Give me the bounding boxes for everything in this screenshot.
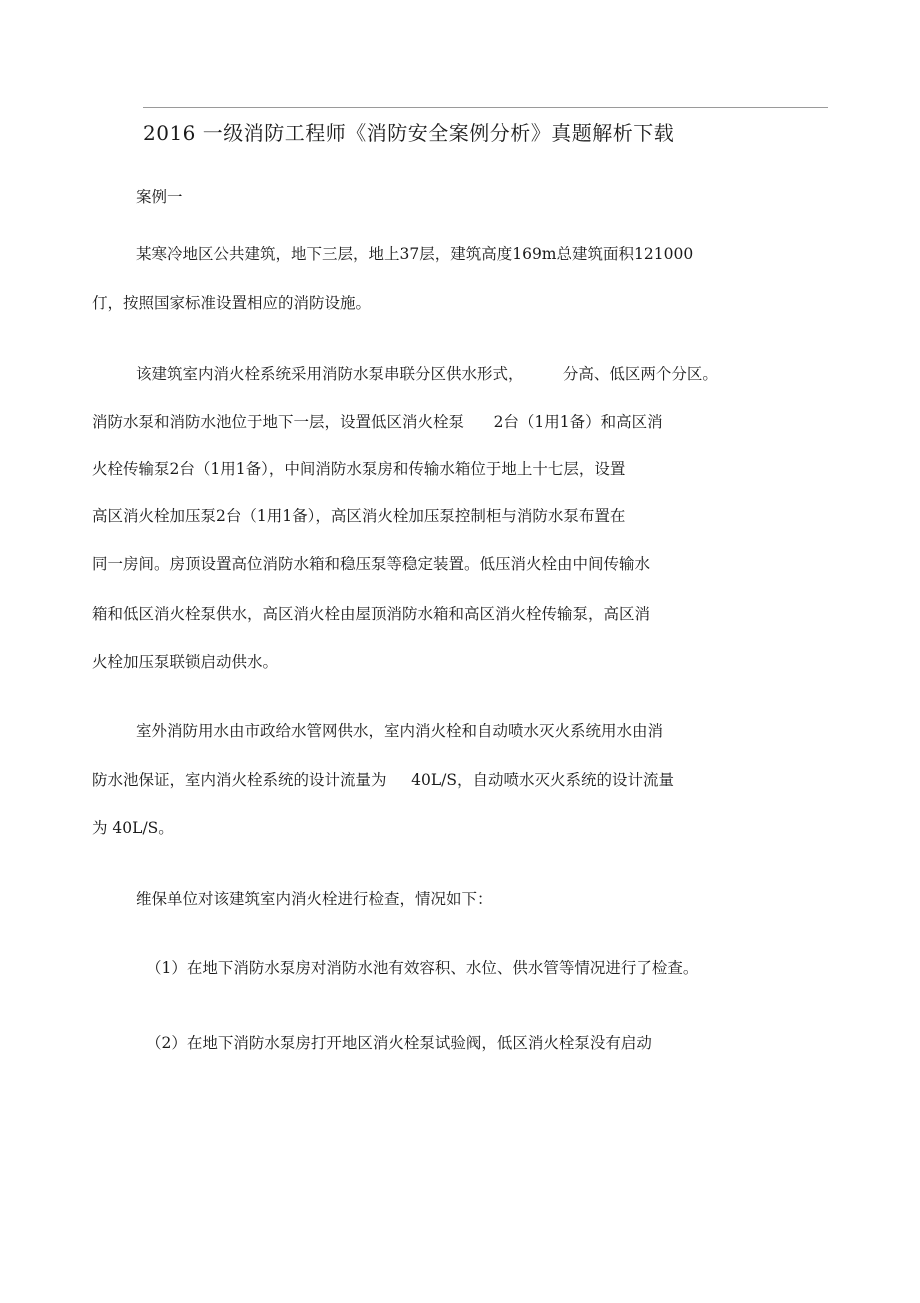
text-line: 高区消火栓加压泵2台（1用1备），高区消火栓加压泵控制柜与消防水泵布置在 [92,506,625,526]
text-line: 火栓传输泵2台（1用1备），中间消防水泵房和传输水箱位于地上十七层，设置 [92,459,625,479]
text-line: 仃，按照国家标准设置相应的消防设施。 [92,293,371,313]
text-line: 为 40L/S。 [92,818,174,838]
text-line: 火栓加压泵联锁启动供水。 [92,652,278,672]
text-line: 同一房间。房顶设置高位消防水箱和稳压泵等稳定装置。低压消火栓由中间传输水 [92,554,650,574]
text-line: 室外消防用水由市政给水管网供水，室内消火栓和自动喷水灭火系统用水由消 [136,721,663,741]
text-line: 防水池保证，室内消火栓系统的设计流量为 40L/S，自动喷水灭火系统的设计流量 [92,770,674,790]
text-line: 该建筑室内消火栓系统采用消防水泵串联分区供水形式， 分高、低区两个分区。 [136,364,718,384]
list-item: （2）在地下消防水泵房打开地区消火栓泵试验阀，低区消火栓泵没有启动 [146,1033,652,1053]
text-line: 消防水泵和消防水池位于地下一层，设置低区消火栓泵 2台（1用1备）和高区消 [92,412,663,432]
text-line: 箱和低区消火栓泵供水，高区消火栓由屋顶消防水箱和高区消火栓传输泵，高区消 [92,604,650,624]
text-line: 某寒冷地区公共建筑，地下三层，地上37层，建筑高度169m总建筑面积121000 [136,244,693,264]
text-line: 维保单位对该建筑室内消火栓进行检查，情况如下： [136,889,493,909]
document-title: 2016 一级消防工程师《消防安全案例分析》真题解析下载 [143,117,674,146]
case-heading: 案例一 [136,187,183,207]
header-rule [143,107,828,108]
list-item: （1）在地下消防水泵房对消防水池有效容积、水位、供水管等情况进行了检查。 [146,958,698,978]
